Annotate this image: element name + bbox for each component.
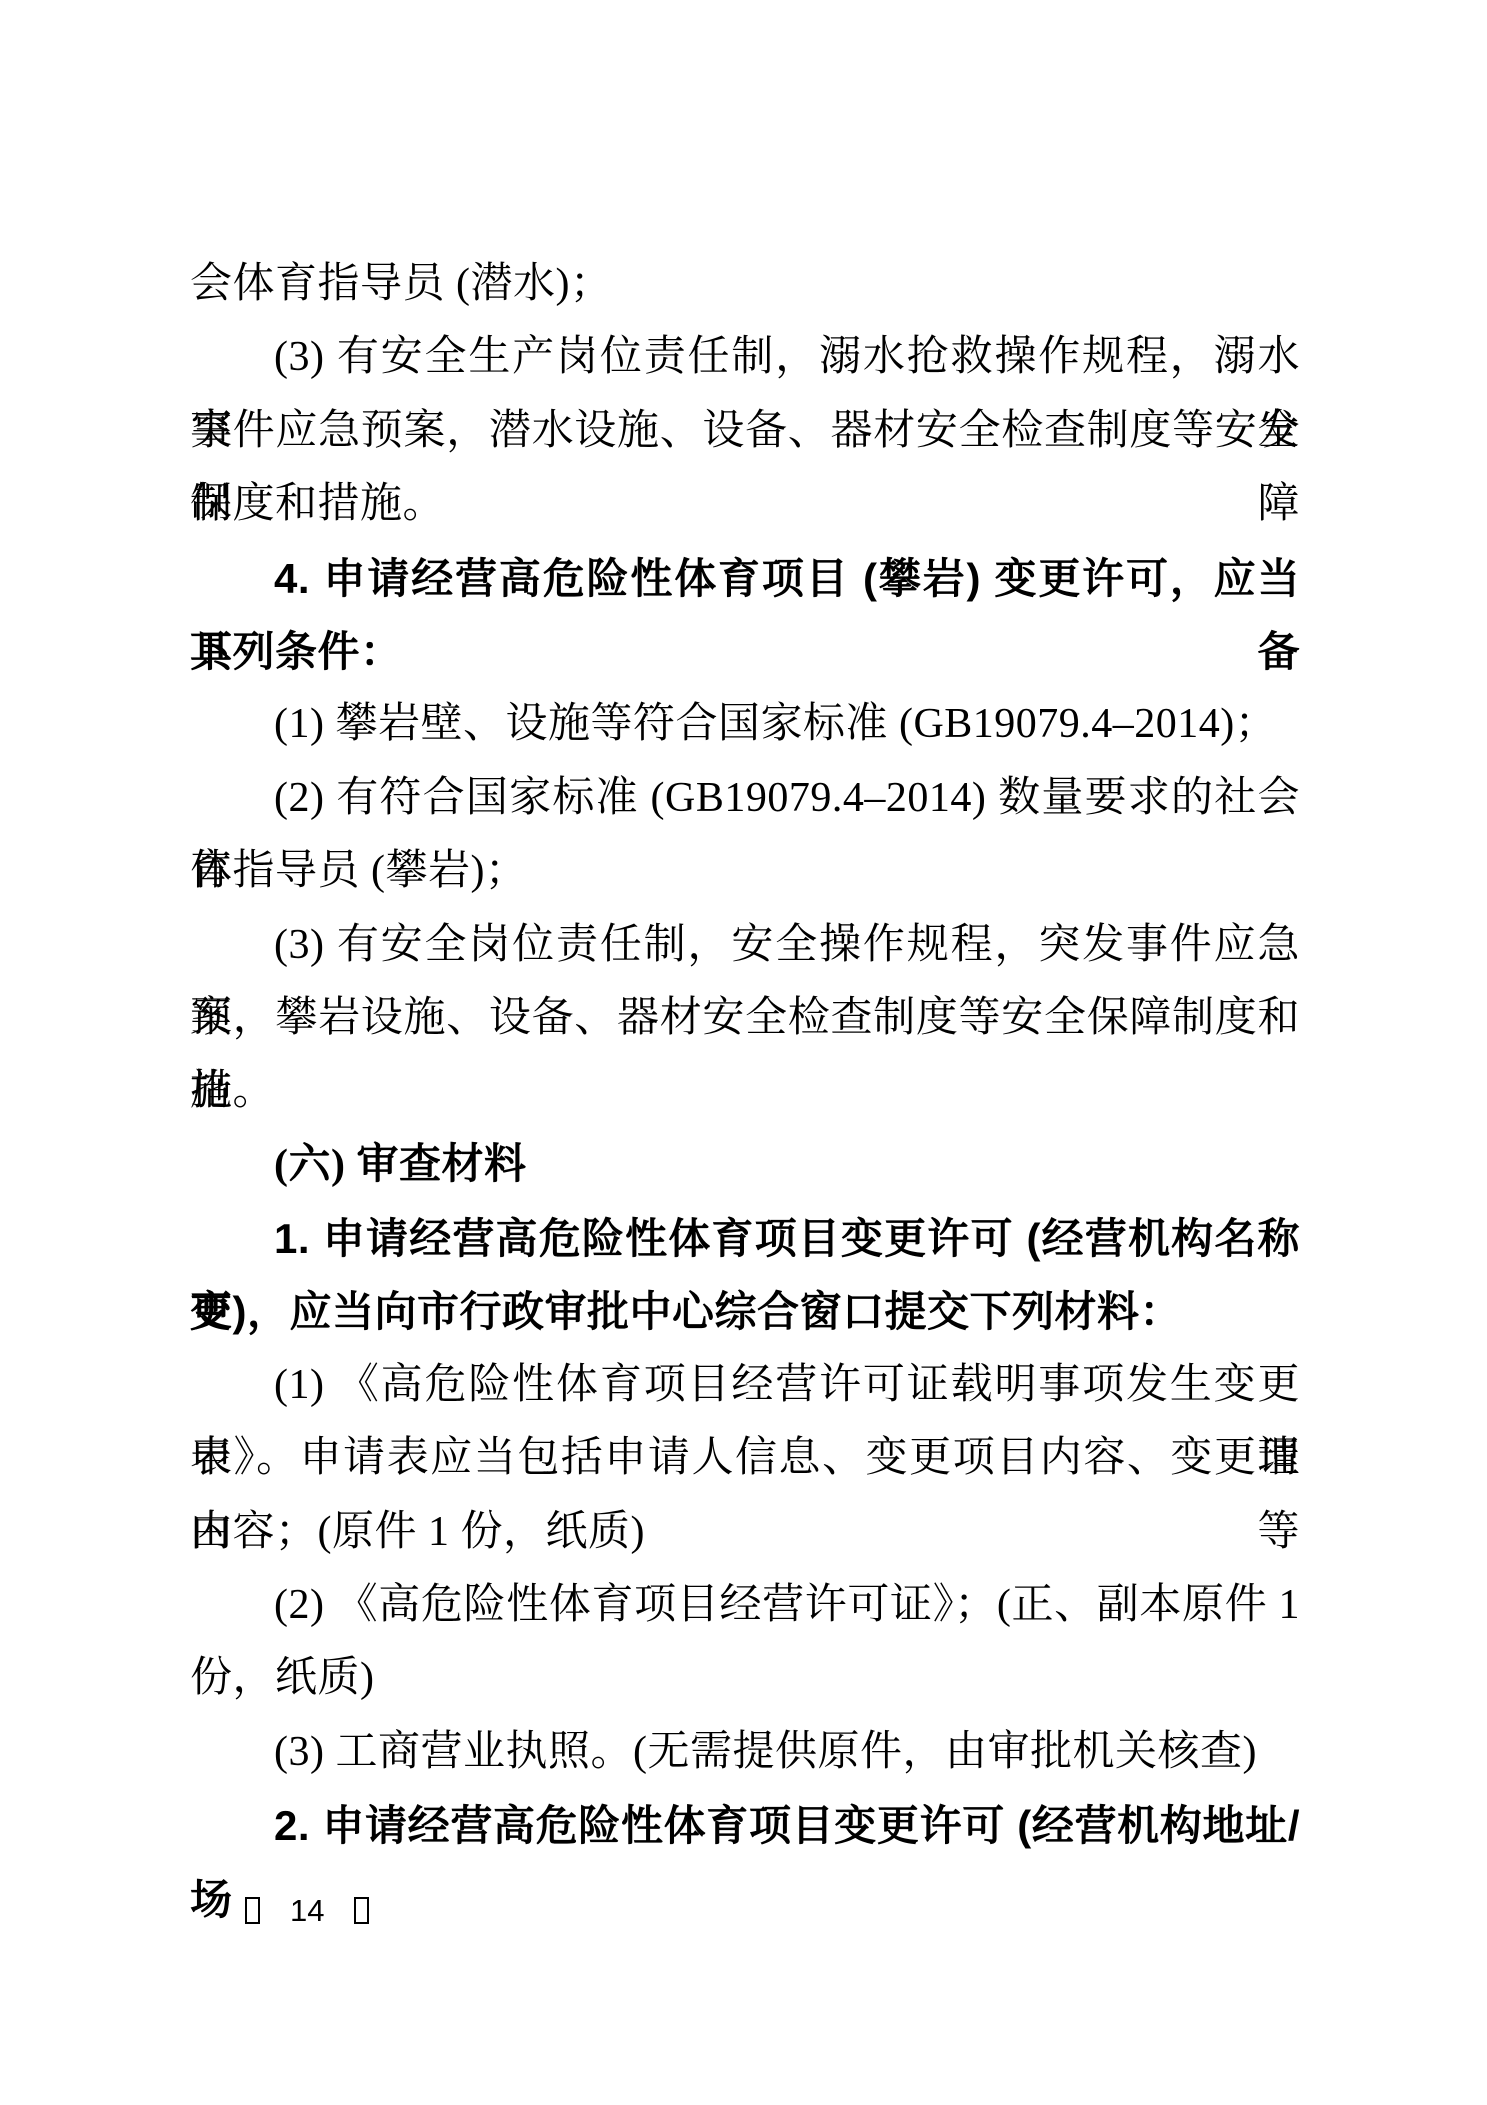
document-body: 会体育指导员 (潜水)； (3) 有安全生产岗位责任制，溺水抢救操作规程，溺水突… xyxy=(190,248,1300,1863)
text-line: (2) 《高危险性体育项目经营许可证》；(正、副本原件 1 xyxy=(190,1569,1300,1642)
heading-line: 1. 申请经营高危险性体育项目变更许可 (经营机构名称变 xyxy=(190,1202,1300,1275)
page-number: 14 xyxy=(290,1895,324,1926)
text-line: (3) 有安全生产岗位责任制，溺水抢救操作规程，溺水突发 xyxy=(190,321,1300,394)
page-footer: 14 xyxy=(245,1890,369,1930)
text-line: 事件应急预案，潜水设施、设备、器材安全检查制度等安全保障 xyxy=(190,395,1300,468)
text-line: 案，攀岩设施、设备、器材安全检查制度等安全保障制度和措 xyxy=(190,982,1300,1055)
text-line: (2) 有符合国家标准 (GB19079.4–2014) 数量要求的社会体 xyxy=(190,762,1300,835)
heading-line: 4. 申请经营高危险性体育项目 (攀岩) 变更许可，应当具备 xyxy=(190,542,1300,615)
text-line: (1) 攀岩壁、设施等符合国家标准 (GB19079.4–2014)； xyxy=(190,688,1300,761)
heading-line: 2. 申请经营高危险性体育项目变更许可 (经营机构地址/场 xyxy=(190,1789,1300,1862)
text-line: 施。 xyxy=(190,1055,1300,1128)
text-line: (3) 工商营业执照。(无需提供原件，由审批机关核查) xyxy=(190,1716,1300,1789)
missing-glyph-box-icon xyxy=(245,1897,260,1924)
section-heading: (六) 审查材料 xyxy=(190,1129,1300,1202)
text-line: 育指导员 (攀岩)； xyxy=(190,835,1300,908)
heading-line: 更)，应当向市行政审批中心综合窗口提交下列材料： xyxy=(190,1275,1300,1348)
missing-glyph-box-icon xyxy=(354,1897,369,1924)
document-page: 会体育指导员 (潜水)； (3) 有安全生产岗位责任制，溺水抢救操作规程，溺水突… xyxy=(0,0,1487,2105)
text-line: 会体育指导员 (潜水)； xyxy=(190,248,1300,321)
text-line: 份，纸质) xyxy=(190,1642,1300,1715)
text-line: 表》。申请表应当包括申请人信息、变更项目内容、变更理由等 xyxy=(190,1422,1300,1495)
text-line: (1) 《高危险性体育项目经营许可证载明事项发生变更申请 xyxy=(190,1349,1300,1422)
text-line: (3) 有安全岗位责任制，安全操作规程，突发事件应急预 xyxy=(190,909,1300,982)
